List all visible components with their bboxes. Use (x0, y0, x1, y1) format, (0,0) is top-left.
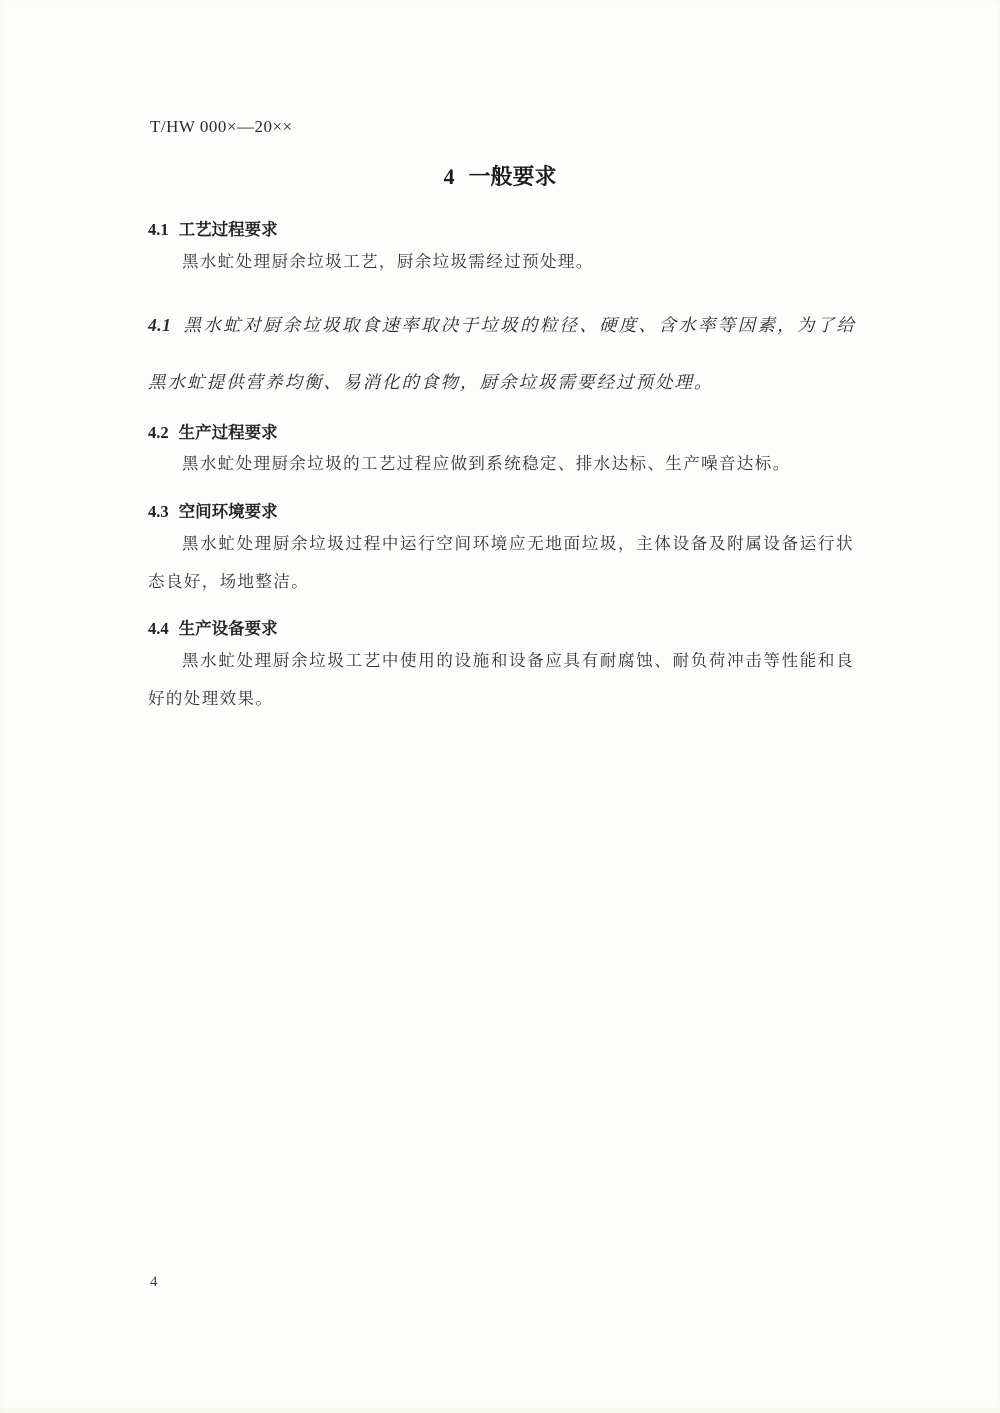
section-heading-4-4: 4.4生产设备要求 (148, 615, 858, 639)
section-heading-4-3: 4.3空间环境要求 (148, 498, 858, 522)
section-number: 4.2 (148, 423, 169, 442)
document-page: T/HW 000×—20×× 4一般要求 4.1工艺过程要求 黑水虻处理厨余垃圾… (0, 0, 1000, 1413)
section-number: 4.4 (148, 619, 169, 638)
section-body-4-3: 黑水虻处理厨余垃圾过程中运行空间环境应无地面垃圾，主体设备及附属设备运行状态良好… (148, 525, 854, 601)
section-body-4-4: 黑水虻处理厨余垃圾工艺中使用的设施和设备应具有耐腐蚀、耐负荷冲击等性能和良好的处… (148, 642, 854, 718)
document-code-header: T/HW 000×—20×× (150, 117, 293, 137)
section-heading-text: 空间环境要求 (179, 503, 278, 521)
title-number: 4 (443, 164, 454, 189)
page-number: 4 (150, 1274, 158, 1291)
page-title: 4一般要求 (0, 160, 1000, 191)
section-heading-text: 工艺过程要求 (179, 221, 278, 239)
annotation-note: 4.1黑水虻对厨余垃圾取食速率取决于垃圾的粒径、硬度、含水率等因素，为了给黑水虻… (148, 297, 856, 411)
section-number: 4.1 (148, 220, 169, 239)
section-body-4-1: 黑水虻处理厨余垃圾工艺，厨余垃圾需经过预处理。 (148, 243, 854, 281)
annotation-text: 黑水虻对厨余垃圾取食速率取决于垃圾的粒径、硬度、含水率等因素，为了给黑水虻提供营… (148, 315, 856, 392)
section-heading-text: 生产过程要求 (179, 424, 278, 442)
section-heading-4-1: 4.1工艺过程要求 (148, 216, 858, 240)
annotation-number: 4.1 (148, 315, 171, 335)
section-number: 4.3 (148, 502, 169, 521)
section-heading-text: 生产设备要求 (179, 620, 278, 638)
section-heading-4-2: 4.2生产过程要求 (148, 419, 858, 443)
title-text: 一般要求 (468, 164, 556, 189)
section-body-4-2: 黑水虻处理厨余垃圾的工艺过程应做到系统稳定、排水达标、生产噪音达标。 (148, 445, 854, 483)
